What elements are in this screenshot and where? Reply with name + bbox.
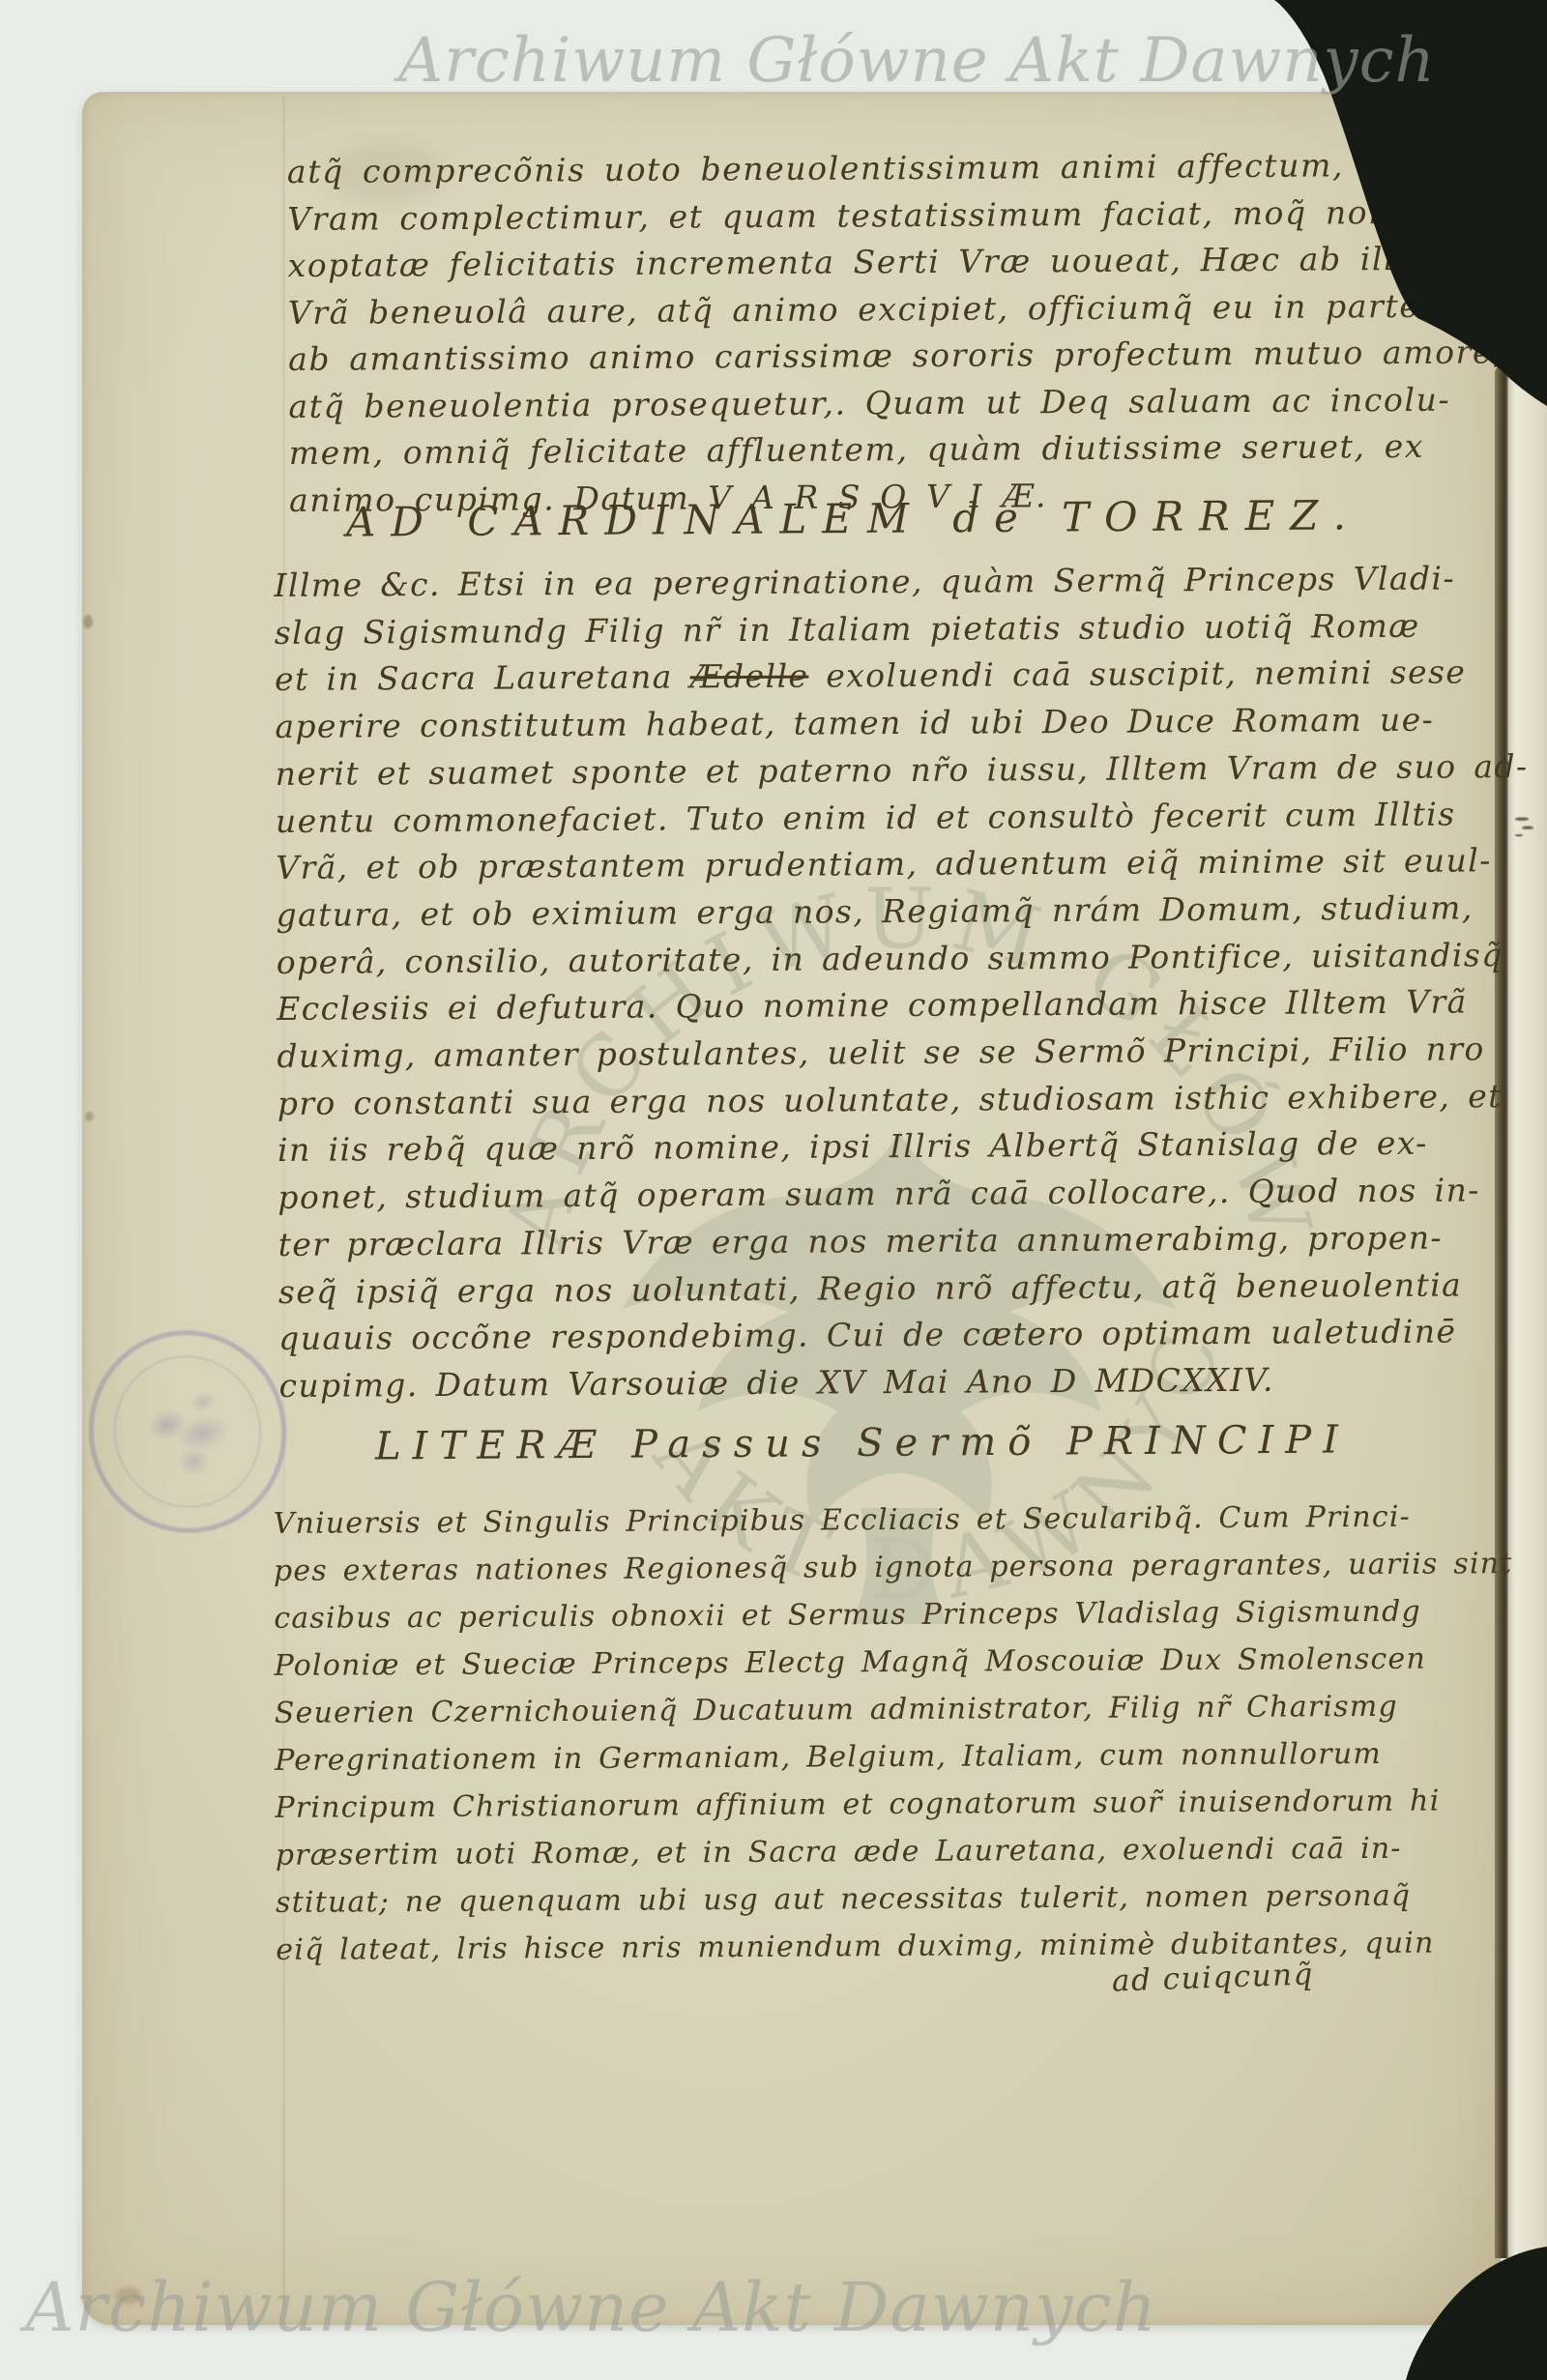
manuscript-line: ter præclara Illris Vræ erga nos merita … (277, 1214, 1531, 1269)
section-heading-literae-passus: LITERÆ Passus Sermõ PRINCIPI (375, 1417, 1350, 1468)
manuscript-scan: ARCHIWUM GŁÓWNE AKT DAWNYCH atq̃ comprec… (0, 0, 1547, 2380)
manuscript-line: stituat; ne quenquam ubi usg aut necessi… (276, 1872, 1515, 1927)
line-segment: exoluendi caā suscipit, nemini sese (808, 653, 1466, 695)
manuscript-line: quauis occõne respondebimg. Cui de cæter… (278, 1308, 1532, 1363)
struck-word: Ædelle (690, 657, 809, 696)
manuscript-line: Peregrinationem in Germaniam, Belgium, I… (275, 1729, 1514, 1785)
section-heading-ad-cardinalem: AD CARDINALEM de TORREZ. (346, 491, 1361, 545)
manuscript-line: mem, omniq̃ felicitate affluentem, quàm … (289, 422, 1547, 478)
manuscript-line: aperire constitutum habeat, tamen id ubi… (275, 696, 1528, 751)
manuscript-line: Vrã, et ob præstantem prudentiam, aduent… (276, 837, 1529, 892)
ink-stain (83, 615, 93, 628)
ink-stain (85, 1112, 94, 1121)
manuscript-line: Illme &c. Etsi in ea peregrinatione, quà… (274, 555, 1527, 610)
manuscript-line: duximg, amanter postulantes, uelit se se… (277, 1026, 1530, 1081)
manuscript-line: ponet, studium atq̃ operam suam nrã caā … (277, 1167, 1531, 1222)
paper-stain (116, 2287, 141, 2305)
manuscript-line: cupimg. Datum Varsouiæ die XV Mai Ano D … (278, 1355, 1532, 1410)
manuscript-line: gatura, et ob eximium erga nos, Regiamq̃… (276, 885, 1529, 940)
scan-void-bottom-right (1392, 2241, 1547, 2380)
manuscript-line: seq̃ ipsiq̃ erga nos uoluntati, Regio nr… (278, 1262, 1532, 1317)
paragraph-literae-passus: Vniuersis et Singulis Principibus Ecclia… (274, 1493, 1516, 1974)
manuscript-line: Ecclesiis ei defutura. Quo nomine compel… (277, 978, 1530, 1033)
scan-void-top-right (1247, 0, 1547, 425)
paragraph-ad-cardinalem: Illme &c. Etsi in ea peregrinatione, quà… (274, 555, 1532, 1410)
manuscript-line: uentu commonefaciet. Tuto enim id et con… (276, 791, 1529, 846)
catchword: ad cuiqcunq̃ (1111, 1957, 1314, 1998)
manuscript-line: Vniuersis et Singulis Principibus Ecclia… (274, 1493, 1513, 1548)
manuscript-line: et in Sacra Lauretana Ædelle exoluendi c… (275, 649, 1528, 704)
manuscript-line: pes exteras nationes Regionesq̃ sub igno… (274, 1540, 1513, 1595)
manuscript-line: pro constanti sua erga nos uoluntate, st… (277, 1073, 1531, 1128)
manuscript-line: Poloniæ et Sueciæ Princeps Electg Magnq̃… (274, 1635, 1513, 1690)
manuscript-line: eiq̃ lateat, lris hisce nris muniendum d… (276, 1919, 1515, 1974)
manuscript-line: Seuerien Czernichouienq̃ Ducatuum admini… (275, 1682, 1514, 1737)
manuscript-line: Principum Christianorum affinium et cogn… (275, 1777, 1514, 1832)
manuscript-line: operâ, consilio, autoritate, in adeundo … (277, 932, 1530, 987)
manuscript-line: præsertim uoti Romæ, et in Sacra æde Lau… (276, 1824, 1515, 1879)
manuscript-line: casibus ac periculis obnoxii et Sermus P… (274, 1587, 1513, 1642)
manuscript-line: nerit et suamet sponte et paterno nr̃o i… (276, 743, 1529, 798)
line-segment: et in Sacra Lauretana (275, 658, 690, 699)
manuscript-line: in iis rebq̃ quæ nrõ nomine, ipsi Illris… (277, 1119, 1531, 1175)
manuscript-line: slag Sigismundg Filig nr̃ in Italiam pie… (275, 602, 1528, 657)
